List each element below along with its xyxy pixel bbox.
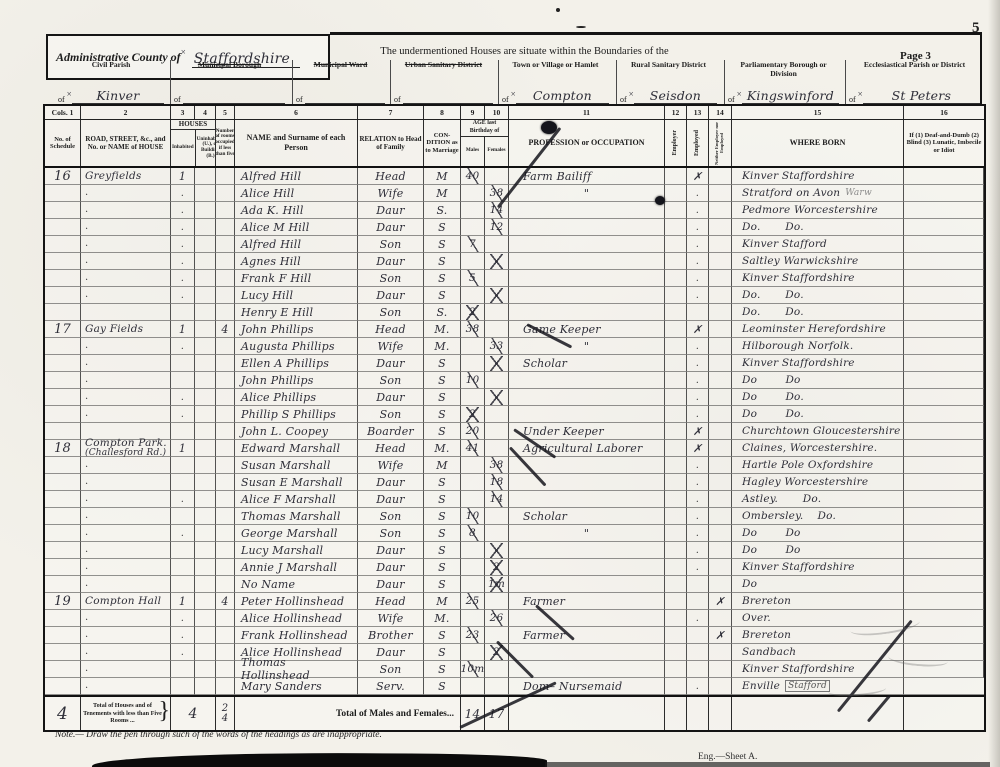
cell-neither (709, 423, 732, 440)
cell-employed (687, 576, 709, 593)
cell-condition: M. (424, 440, 461, 457)
cell-infirmities (904, 321, 984, 338)
cell-neither (709, 474, 732, 491)
cell-occupation (509, 576, 665, 593)
cell-infirmities (904, 338, 984, 355)
cell-where-born: Hilborough Norfolk. (732, 338, 904, 355)
cell-age-male: 40 (461, 168, 485, 185)
cell-employed: . (687, 253, 709, 270)
cell-address: . (81, 202, 171, 219)
cell-neither (709, 168, 732, 185)
field-value-handwritten: Compton (516, 90, 609, 105)
column-number: 8 (424, 106, 461, 119)
cell-schedule (45, 542, 81, 559)
cell-age-male (461, 644, 485, 661)
cell-employed (687, 304, 709, 321)
cell-neither (709, 355, 732, 372)
cell-neither (709, 542, 732, 559)
column-number: 11 (509, 106, 665, 119)
totals-schedule-cell: 4 (45, 697, 81, 730)
cell-age-male (461, 457, 485, 474)
field-label: Town or Village or Hamlet (502, 61, 609, 70)
cell-inhabited: 1 (171, 168, 195, 185)
cell-employer (665, 661, 687, 678)
cell-name: Thomas Hollinshead (235, 661, 358, 678)
cell-uninhabited (195, 287, 216, 304)
pencil-annotation: Stafford (785, 680, 830, 692)
cell-employer (665, 304, 687, 321)
of-label: of (728, 95, 735, 104)
cell-where-born: Do Do (732, 542, 904, 559)
field-value-handwritten: St Peters (863, 90, 980, 105)
cell-employed: . (687, 355, 709, 372)
of-label: of (620, 95, 627, 104)
cell-address: Greyfields (81, 168, 171, 185)
cell-condition: M (424, 457, 461, 474)
field-label: Parliamentary Borough or Division (728, 61, 839, 78)
cell-occupation (509, 219, 665, 236)
cell-uninhabited (195, 610, 216, 627)
cell-employed: . (687, 542, 709, 559)
cell-employer (665, 236, 687, 253)
cell-age-male: 23 (461, 627, 485, 644)
cell-inhabited (171, 457, 195, 474)
column-number: 16 (904, 106, 984, 119)
cell-age-male: 20 (461, 423, 485, 440)
cell-employer (665, 644, 687, 661)
cell-occupation (509, 559, 665, 576)
cell-employed (687, 593, 709, 610)
cell-relation: Wife (358, 610, 424, 627)
brace-glyph: } (158, 698, 170, 725)
cell-occupation: Scholar (509, 355, 665, 372)
cell-occupation (509, 542, 665, 559)
cell-schedule: 16 (45, 168, 81, 185)
cell-rooms (216, 576, 235, 593)
cell-schedule (45, 678, 81, 695)
cell-age-male (461, 389, 485, 406)
cell-relation: Daur (358, 287, 424, 304)
cell-inhabited (171, 661, 195, 678)
cell-name: John Phillips (235, 321, 358, 338)
cell-inhabited (171, 559, 195, 576)
cell-rooms (216, 270, 235, 287)
pencil-annotation: Warw (845, 188, 872, 198)
cell-age-female (485, 678, 509, 695)
cell-where-born: Stratford on AvonWarw (732, 185, 904, 202)
cell-uninhabited (195, 321, 216, 338)
cell-age-male (461, 559, 485, 576)
field-value-handwritten: Kingswinford (742, 90, 839, 105)
cell-infirmities (904, 678, 984, 695)
field-municipal-borough: Municipal Boroughof (170, 60, 288, 105)
scan-edge-right (988, 0, 1000, 767)
cell-name: Susan E Marshall (235, 474, 358, 491)
cell-where-born: Do. Do. (732, 287, 904, 304)
cell-rooms (216, 304, 235, 321)
cell-employed: . (687, 338, 709, 355)
cell-condition: S (424, 661, 461, 678)
of-label: of (174, 95, 181, 104)
cell-address: . (81, 542, 171, 559)
cell-age-female: 18 (485, 474, 509, 491)
cell-uninhabited (195, 525, 216, 542)
cell-age-male: 8 (461, 525, 485, 542)
cell-rooms (216, 253, 235, 270)
cell-schedule (45, 423, 81, 440)
cell-relation: Daur (358, 491, 424, 508)
cell-employed (687, 627, 709, 644)
cell-name: Frank Hollinshead (235, 627, 358, 644)
cell-address: . (81, 270, 171, 287)
cell-name: Peter Hollinshead (235, 593, 358, 610)
cell-employer (665, 321, 687, 338)
cell-inhabited: . (171, 202, 195, 219)
cell-age-male (461, 287, 485, 304)
cell-employer (665, 355, 687, 372)
scan-edge-bottom (545, 762, 990, 767)
cell-where-born: Pedmore Worcestershire (732, 202, 904, 219)
column-number: 5 (216, 106, 235, 119)
cell-infirmities (904, 457, 984, 474)
cell-occupation: Farmer (509, 593, 665, 610)
column-number: 9 (461, 106, 485, 119)
of-label: of (58, 95, 65, 104)
cell-name: John Phillips (235, 372, 358, 389)
cell-condition: S (424, 253, 461, 270)
cell-condition: S (424, 491, 461, 508)
cell-name: Alice Phillips (235, 389, 358, 406)
cell-employer (665, 270, 687, 287)
totals-occupation-cell (509, 697, 665, 730)
cell-neither (709, 661, 732, 678)
cell-condition: S. (424, 304, 461, 321)
cell-age-female: 12 (485, 219, 509, 236)
cell-infirmities (904, 287, 984, 304)
cell-employer (665, 185, 687, 202)
cell-schedule (45, 508, 81, 525)
cell-rooms (216, 423, 235, 440)
cell-employer (665, 287, 687, 304)
cell-rooms (216, 661, 235, 678)
cell-rooms (216, 406, 235, 423)
cell-relation: Son (358, 525, 424, 542)
cell-relation: Son (358, 304, 424, 321)
cell-neither (709, 185, 732, 202)
cell-address: . (81, 661, 171, 678)
cell-where-born: Do Do. (732, 389, 904, 406)
header-road-street: ROAD, STREET, &c., and No. or NAME of HO… (81, 120, 171, 166)
cell-inhabited: . (171, 627, 195, 644)
cell-name: Ada K. Hill (235, 202, 358, 219)
cell-condition: M. (424, 321, 461, 338)
scan-speck (576, 26, 586, 28)
cell-schedule (45, 304, 81, 321)
cell-employed: . (687, 474, 709, 491)
cell-age-male: 38 (461, 321, 485, 338)
cell-age-male: 10 (461, 372, 485, 389)
field-town-or-village-or-hamlet: Town or Village or Hamletof×Compton (498, 60, 612, 105)
cell-occupation (509, 610, 665, 627)
cell-uninhabited (195, 423, 216, 440)
cell-occupation: Scholar (509, 508, 665, 525)
cell-condition: S (424, 559, 461, 576)
county-check-mark: × (181, 47, 186, 57)
cell-name: Susan Marshall (235, 457, 358, 474)
cell-address: . (81, 576, 171, 593)
cell-employer (665, 423, 687, 440)
cell-rooms (216, 491, 235, 508)
cell-employer (665, 678, 687, 695)
cell-condition: M (424, 593, 461, 610)
cell-age-female (485, 304, 509, 321)
cell-relation: Daur (358, 474, 424, 491)
cell-inhabited: 1 (171, 440, 195, 457)
cell-uninhabited (195, 593, 216, 610)
sheet-label: Eng.—Sheet A. (698, 752, 757, 762)
cell-rooms (216, 559, 235, 576)
cell-name: Lucy Hill (235, 287, 358, 304)
cell-name: George Marshall (235, 525, 358, 542)
cell-occupation: Farm Bailiff (509, 168, 665, 185)
column-number: 14 (709, 106, 732, 119)
cell-schedule (45, 253, 81, 270)
header-age-males: Males (461, 137, 485, 166)
cell-relation: Wife (358, 185, 424, 202)
cell-occupation (509, 474, 665, 491)
cell-address: Compton Park.(Challesford Rd.) (81, 440, 171, 457)
cell-age-female (485, 355, 509, 372)
cell-rooms (216, 610, 235, 627)
of-label: of (502, 95, 509, 104)
cell-schedule (45, 372, 81, 389)
cell-age-male (461, 185, 485, 202)
totals-houses-label-cell: Total of Houses and of Tenements with le… (81, 697, 171, 730)
field-value-handwritten: Kinver (72, 90, 164, 105)
cell-age-female (485, 321, 509, 338)
totals-infirmities-cell (904, 697, 984, 730)
cell-schedule (45, 219, 81, 236)
cell-name: Frank F Hill (235, 270, 358, 287)
cell-neither (709, 457, 732, 474)
cell-where-born: Leominster Herefordshire (732, 321, 904, 338)
cell-relation: Son (358, 270, 424, 287)
cell-condition: M (424, 185, 461, 202)
cell-uninhabited (195, 491, 216, 508)
field-label: Municipal Ward (296, 61, 385, 70)
cell-uninhabited (195, 440, 216, 457)
cell-age-male: 2 (461, 406, 485, 423)
cell-where-born: Hartle Pole Oxfordshire (732, 457, 904, 474)
cell-age-female (485, 389, 509, 406)
cell-condition: S (424, 236, 461, 253)
cell-rooms (216, 202, 235, 219)
cell-where-born: Kinver Stafford (732, 236, 904, 253)
cell-age-female (485, 525, 509, 542)
cell-employer (665, 576, 687, 593)
cell-infirmities (904, 627, 984, 644)
cell-rooms (216, 644, 235, 661)
field-urban-sanitary-district: Urban Sanitary Districtof (390, 60, 496, 105)
check-mark: × (629, 89, 634, 99)
cell-occupation (509, 304, 665, 321)
cell-inhabited: . (171, 644, 195, 661)
cell-infirmities (904, 542, 984, 559)
cell-condition: S (424, 423, 461, 440)
cell-schedule (45, 270, 81, 287)
cell-relation: Boarder (358, 423, 424, 440)
cell-condition: S (424, 627, 461, 644)
cell-rooms (216, 508, 235, 525)
cell-age-male (461, 610, 485, 627)
cell-address: . (81, 491, 171, 508)
cell-condition: S (424, 219, 461, 236)
cell-age-female (485, 168, 509, 185)
cell-name: Annie J Marshall (235, 559, 358, 576)
cell-relation: Daur (358, 219, 424, 236)
cell-rooms (216, 338, 235, 355)
cell-inhabited (171, 576, 195, 593)
of-label: of (394, 95, 401, 104)
cell-neither (709, 338, 732, 355)
cell-neither (709, 321, 732, 338)
cell-neither (709, 287, 732, 304)
cell-neither (709, 678, 732, 695)
field-label: Rural Sanitary District (620, 61, 717, 70)
cell-schedule (45, 406, 81, 423)
cell-inhabited (171, 474, 195, 491)
cell-relation: Brother (358, 627, 424, 644)
cell-employed: . (687, 185, 709, 202)
cell-condition: S (424, 372, 461, 389)
ink-blob (655, 196, 665, 205)
cell-age-female (485, 661, 509, 678)
cell-schedule (45, 236, 81, 253)
cell-occupation (509, 270, 665, 287)
totals-where-born-cell (732, 697, 904, 730)
cell-where-born: Saltley Warwickshire (732, 253, 904, 270)
cell-name: Agnes Hill (235, 253, 358, 270)
cell-occupation (509, 491, 665, 508)
cell-relation: Daur (358, 644, 424, 661)
cell-inhabited (171, 678, 195, 695)
cell-employed: . (687, 406, 709, 423)
cell-employed: . (687, 236, 709, 253)
cell-inhabited: 1 (171, 593, 195, 610)
cell-employed: . (687, 678, 709, 695)
cell-infirmities (904, 202, 984, 219)
cell-inhabited: . (171, 389, 195, 406)
cell-uninhabited (195, 355, 216, 372)
cell-age-female: 26 (485, 610, 509, 627)
cell-neither: ✗ (709, 593, 732, 610)
cell-uninhabited (195, 576, 216, 593)
cell-name: Mary Sanders (235, 678, 358, 695)
cell-employer (665, 406, 687, 423)
cell-uninhabited (195, 627, 216, 644)
cell-infirmities (904, 406, 984, 423)
header-infirmities: If (1) Deaf-and-Dumb (2) Blind (3) Lunat… (904, 120, 984, 166)
cell-occupation (509, 406, 665, 423)
cell-address: . (81, 287, 171, 304)
cell-age-female (485, 440, 509, 457)
cell-uninhabited (195, 508, 216, 525)
check-mark: × (511, 89, 516, 99)
cell-employer (665, 627, 687, 644)
cell-inhabited: . (171, 236, 195, 253)
cell-where-born: Astley. Do. (732, 491, 904, 508)
cell-uninhabited (195, 661, 216, 678)
field-ecclesiastical-parish-or-district: Ecclesiastical Parish or Districtof×St P… (845, 60, 983, 105)
field-rural-sanitary-district: Rural Sanitary Districtof×Seisdon (616, 60, 720, 105)
cell-neither (709, 525, 732, 542)
cell-address: . (81, 406, 171, 423)
cell-employed (687, 661, 709, 678)
cell-relation: Daur (358, 253, 424, 270)
cell-employed: . (687, 202, 709, 219)
cell-age-female: 33 (485, 338, 509, 355)
cell-schedule (45, 202, 81, 219)
cell-uninhabited (195, 168, 216, 185)
cell-infirmities (904, 372, 984, 389)
of-label: of (849, 95, 856, 104)
census-page-scan: 5 Administrative County of × Staffordshi… (0, 0, 1000, 767)
cell-inhabited: . (171, 185, 195, 202)
cell-schedule: 18 (45, 440, 81, 457)
scan-edge-bottom-left (92, 752, 547, 767)
cell-employer (665, 474, 687, 491)
cell-employed: . (687, 389, 709, 406)
totals-rooms-cell: 24 (216, 697, 235, 730)
cell-rooms (216, 219, 235, 236)
cell-age-female (485, 542, 509, 559)
cell-employed: ✗ (687, 321, 709, 338)
header-houses-title: HOUSES (171, 120, 215, 130)
cell-infirmities (904, 355, 984, 372)
totals-houses-label: Total of Houses and of Tenements with le… (81, 702, 170, 724)
cell-age-male: 2 (461, 304, 485, 321)
cell-age-male: 25 (461, 593, 485, 610)
cell-relation: Son (358, 661, 424, 678)
cell-where-born: Hagley Worcestershire (732, 474, 904, 491)
cell-where-born: Do Do. (732, 406, 904, 423)
cell-infirmities (904, 474, 984, 491)
cell-rooms (216, 389, 235, 406)
cell-neither (709, 304, 732, 321)
cell-name: Alfred Hill (235, 168, 358, 185)
cell-occupation: Under Keeper (509, 423, 665, 440)
cell-neither (709, 202, 732, 219)
cell-age-male (461, 678, 485, 695)
cell-schedule (45, 287, 81, 304)
cell-inhabited: . (171, 525, 195, 542)
cell-rooms (216, 457, 235, 474)
cell-relation: Head (358, 593, 424, 610)
cell-age-male: 41 (461, 440, 485, 457)
cell-uninhabited (195, 457, 216, 474)
cell-uninhabited (195, 559, 216, 576)
cell-inhabited: . (171, 219, 195, 236)
cell-relation: Daur (358, 202, 424, 219)
field-label: Ecclesiastical Parish or District (849, 61, 980, 70)
cell-uninhabited (195, 338, 216, 355)
header-employer: Employer (665, 120, 687, 166)
cell-address: . (81, 644, 171, 661)
cell-employer (665, 338, 687, 355)
cell-name: Henry E Hill (235, 304, 358, 321)
cell-age-male (461, 219, 485, 236)
cell-uninhabited (195, 219, 216, 236)
